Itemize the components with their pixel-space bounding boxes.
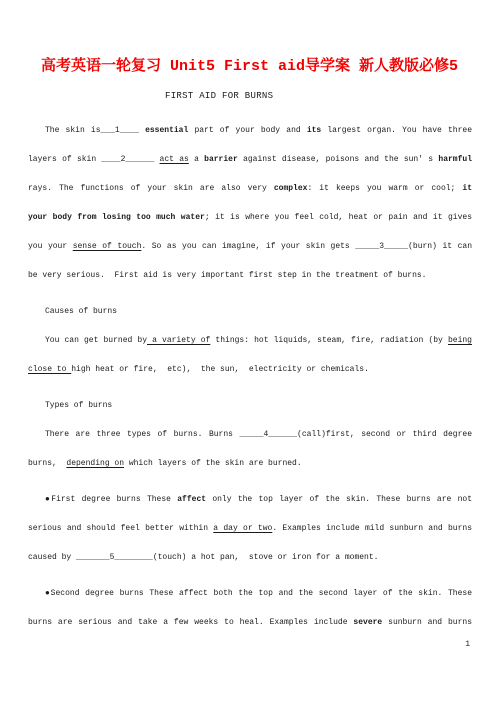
underlined-text-segment: a day or two: [213, 524, 272, 533]
paragraph: There are three types of burns. Burns __…: [28, 420, 472, 478]
page-number: 1: [465, 640, 470, 650]
text-segment: which layers of the skin are burned.: [124, 459, 302, 468]
text-line: be very serious. First aid is very impor…: [28, 261, 472, 290]
text-segment: : it keeps you warm or cool;: [307, 184, 462, 193]
text-segment: burns,: [28, 459, 66, 468]
text-segment: ; it is where you feel cold, heat or pai…: [205, 213, 472, 222]
doc-title: 高考英语一轮复习 Unit5 First aid导学案 新人教版必修5: [0, 0, 499, 78]
text-segment: a: [189, 155, 204, 164]
text-segment: The skin is___1____: [45, 126, 145, 135]
text-segment: ●First degree burns These: [45, 495, 177, 504]
text-line: rays. The functions of your skin are als…: [28, 174, 472, 203]
text-segment: you your: [28, 242, 73, 251]
text-segment: ●Second degree burns These affect both t…: [45, 589, 472, 598]
text-segment: against disease, poisons and the sun' s: [238, 155, 439, 164]
text-segment: largest organ. You have three: [321, 126, 472, 135]
text-line: caused by _______5________(touch) a hot …: [28, 543, 472, 572]
text-segment: be very serious. First aid is very impor…: [28, 271, 426, 280]
text-segment: Types of burns: [45, 401, 112, 410]
bold-text-segment: harmful: [438, 155, 472, 164]
text-line: ●Second degree burns These affect both t…: [28, 579, 472, 608]
text-line: Types of burns: [28, 391, 472, 420]
paragraph: ●First degree burns These affect only th…: [28, 485, 472, 572]
text-segment: There are three types of burns. Burns __…: [45, 430, 472, 439]
paragraph: The skin is___1____ essential part of yo…: [28, 116, 472, 290]
doc-subtitle: FIRST AID FOR BURNS: [165, 90, 499, 103]
section-heading: Causes of burns: [28, 297, 472, 326]
paragraph: ●Second degree burns These affect both t…: [28, 579, 472, 637]
text-line: layers of skin ____2______ act as a barr…: [28, 145, 472, 174]
text-line: you your sense of touch. So as you can i…: [28, 232, 472, 261]
section-heading: Types of burns: [28, 391, 472, 420]
underlined-text-segment: close to: [28, 365, 71, 374]
text-segment: . Examples include mild sunburn and burn…: [272, 524, 472, 533]
text-segment: high heat or fire, etc), the sun, electr…: [71, 365, 369, 374]
text-line: You can get burned by a variety of thing…: [28, 326, 472, 355]
document-body: The skin is___1____ essential part of yo…: [28, 116, 472, 637]
text-segment: layers of skin ____2______: [28, 155, 160, 164]
text-segment: burns are serious and take a few weeks t…: [28, 618, 353, 627]
bold-text-segment: your body from losing too much water: [28, 213, 205, 222]
bold-text-segment: barrier: [204, 155, 238, 164]
text-line: burns are serious and take a few weeks t…: [28, 608, 472, 637]
text-line: There are three types of burns. Burns __…: [28, 420, 472, 449]
text-segment: You can get burned by: [45, 336, 147, 345]
underlined-text-segment: a variety of: [147, 336, 210, 345]
text-segment: Causes of burns: [45, 307, 117, 316]
underlined-text-segment: sense of touch: [73, 242, 142, 251]
underlined-text-segment: act as: [160, 155, 189, 164]
text-segment: only the top layer of the skin. These bu…: [206, 495, 472, 504]
bold-text-segment: its: [307, 126, 321, 135]
text-segment: sunburn and burns: [382, 618, 472, 627]
underlined-text-segment: depending on: [66, 459, 124, 468]
text-line: close to high heat or fire, etc), the su…: [28, 355, 472, 384]
bold-text-segment: severe: [353, 618, 382, 627]
underlined-text-segment: being: [448, 336, 472, 345]
text-line: burns, depending on which layers of the …: [28, 449, 472, 478]
bold-text-segment: affect: [177, 495, 206, 504]
text-segment: part of your body and: [188, 126, 307, 135]
text-line: your body from losing too much water; it…: [28, 203, 472, 232]
text-segment: . So as you can imagine, if your skin ge…: [141, 242, 472, 251]
text-segment: caused by _______5________(touch) a hot …: [28, 553, 378, 562]
text-line: The skin is___1____ essential part of yo…: [28, 116, 472, 145]
text-line: serious and should feel better within a …: [28, 514, 472, 543]
paragraph: You can get burned by a variety of thing…: [28, 326, 472, 384]
text-segment: rays. The functions of your skin are als…: [28, 184, 274, 193]
document-page: 高考英语一轮复习 Unit5 First aid导学案 新人教版必修5 FIRS…: [0, 0, 499, 705]
text-segment: serious and should feel better within: [28, 524, 213, 533]
text-line: Causes of burns: [28, 297, 472, 326]
bold-text-segment: complex: [274, 184, 308, 193]
text-segment: things: hot liquids, steam, fire, radiat…: [210, 336, 448, 345]
text-line: ●First degree burns These affect only th…: [28, 485, 472, 514]
bold-text-segment: essential: [145, 126, 188, 135]
